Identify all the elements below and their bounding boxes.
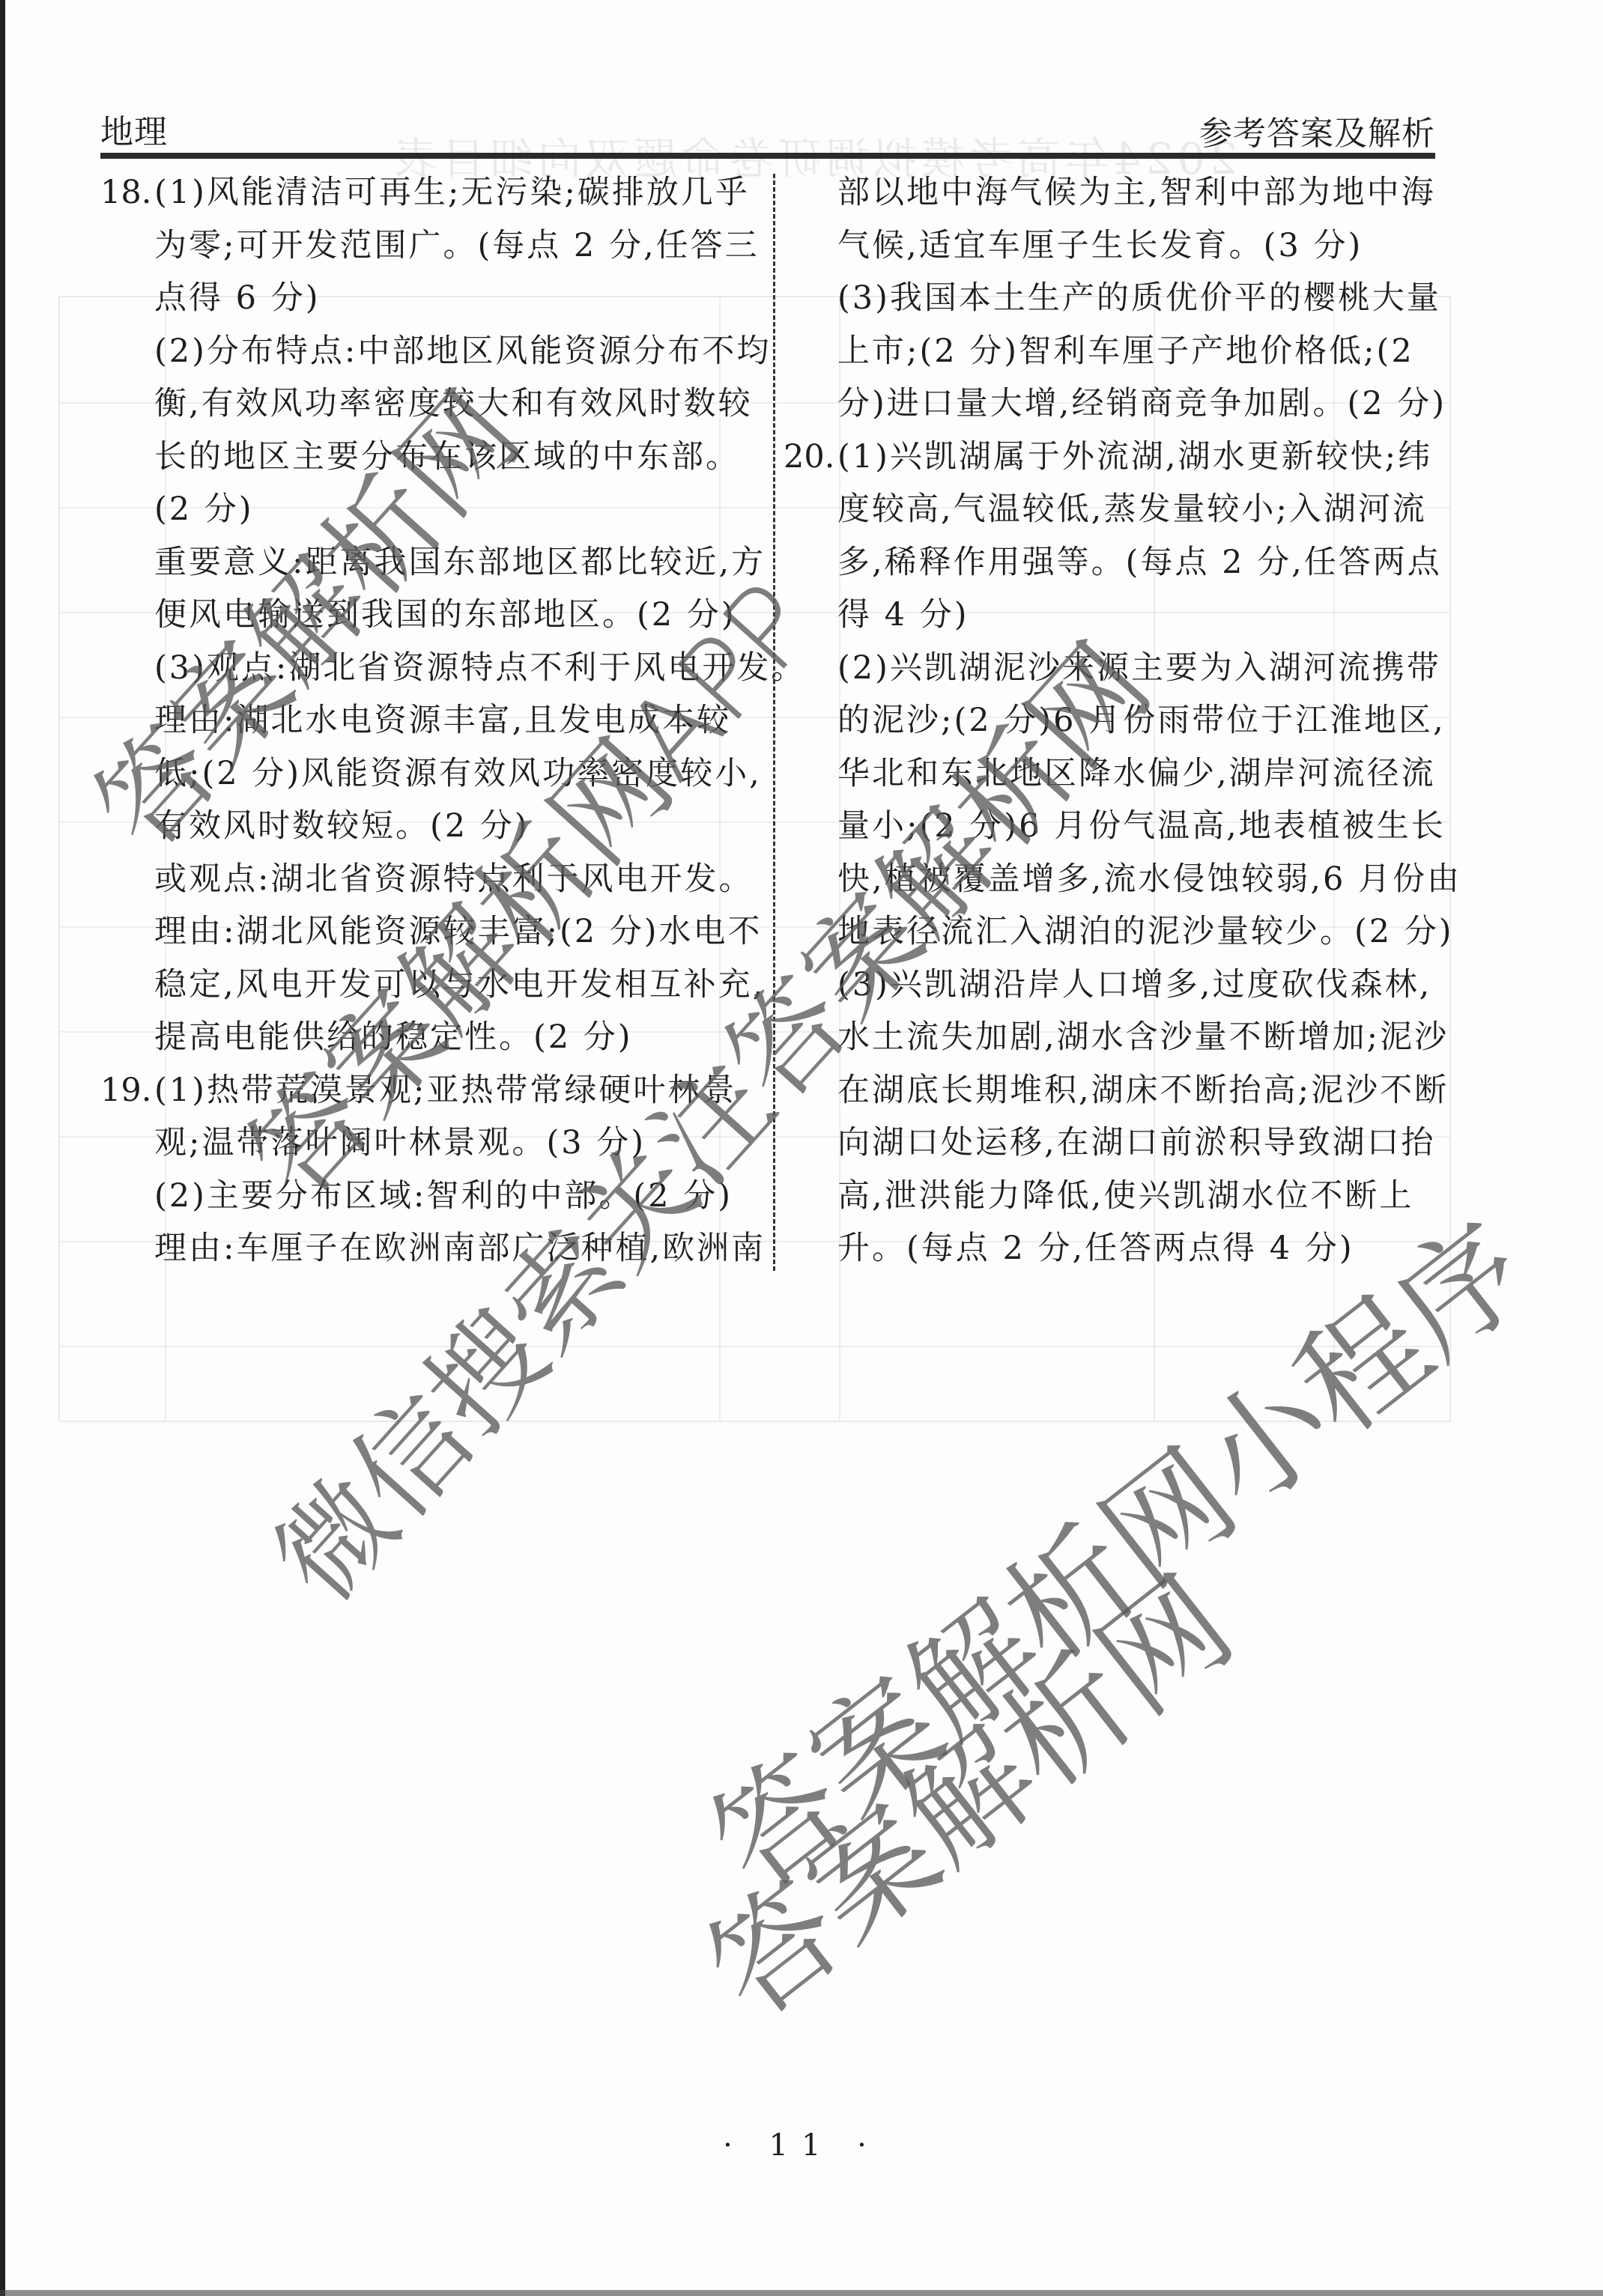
answer-line: 度较高,气温较低,蒸发量较小;入湖河流	[784, 483, 1437, 536]
answer-line: 分)进口量大增,经销商竞争加剧。(2 分)	[784, 377, 1437, 431]
answer-line: 部以地中海气候为主,智利中部为地中海	[784, 166, 1437, 219]
question-number: 20.	[784, 431, 837, 484]
answer-text: (1)兴凯湖属于外流湖,湖水更新较快;纬	[837, 438, 1432, 476]
scan-edge-bottom	[0, 2290, 1603, 2296]
answer-line: 向湖口处运移,在湖口前淤积导致湖口抬	[784, 1117, 1437, 1170]
answer-line: 得 4 分)	[784, 589, 1437, 642]
answer-line: 20.(1)兴凯湖属于外流湖,湖水更新较快;纬	[784, 431, 1437, 484]
answer-line: 高,泄洪能力降低,使兴凯湖水位不断上	[784, 1170, 1437, 1223]
answer-text: (1)风能清洁可再生;无污染;碳排放几乎	[154, 174, 750, 211]
answer-line: 18.(1)风能清洁可再生;无污染;碳排放几乎	[100, 166, 775, 219]
answer-line: 气候,适宜车厘子生长发育。(3 分)	[784, 219, 1437, 273]
section-title: 参考答案及解析	[1199, 106, 1435, 154]
page-number: · 11 ·	[0, 2128, 1603, 2163]
answer-line: 为零;可开发范围广。(每点 2 分,任答三	[100, 219, 775, 273]
question-number: 18.	[100, 166, 154, 219]
header-rule	[100, 153, 1435, 159]
subject-label: 地理	[100, 105, 168, 153]
page-header: 地理 参考答案及解析	[100, 105, 1435, 156]
answer-line: 多,稀释作用强等。(每点 2 分,任答两点	[784, 536, 1437, 589]
answer-line: (3)我国本土生产的质优价平的樱桃大量	[784, 272, 1437, 325]
scan-edge	[0, 0, 5, 2296]
answer-line: 点得 6 分)	[100, 272, 775, 325]
answer-line: 在湖底长期堆积,湖床不断抬高;泥沙不断	[784, 1064, 1437, 1117]
answer-line: 上市;(2 分)智利车厘子产地价格低;(2	[784, 325, 1437, 378]
question-number: 19.	[100, 1064, 154, 1117]
